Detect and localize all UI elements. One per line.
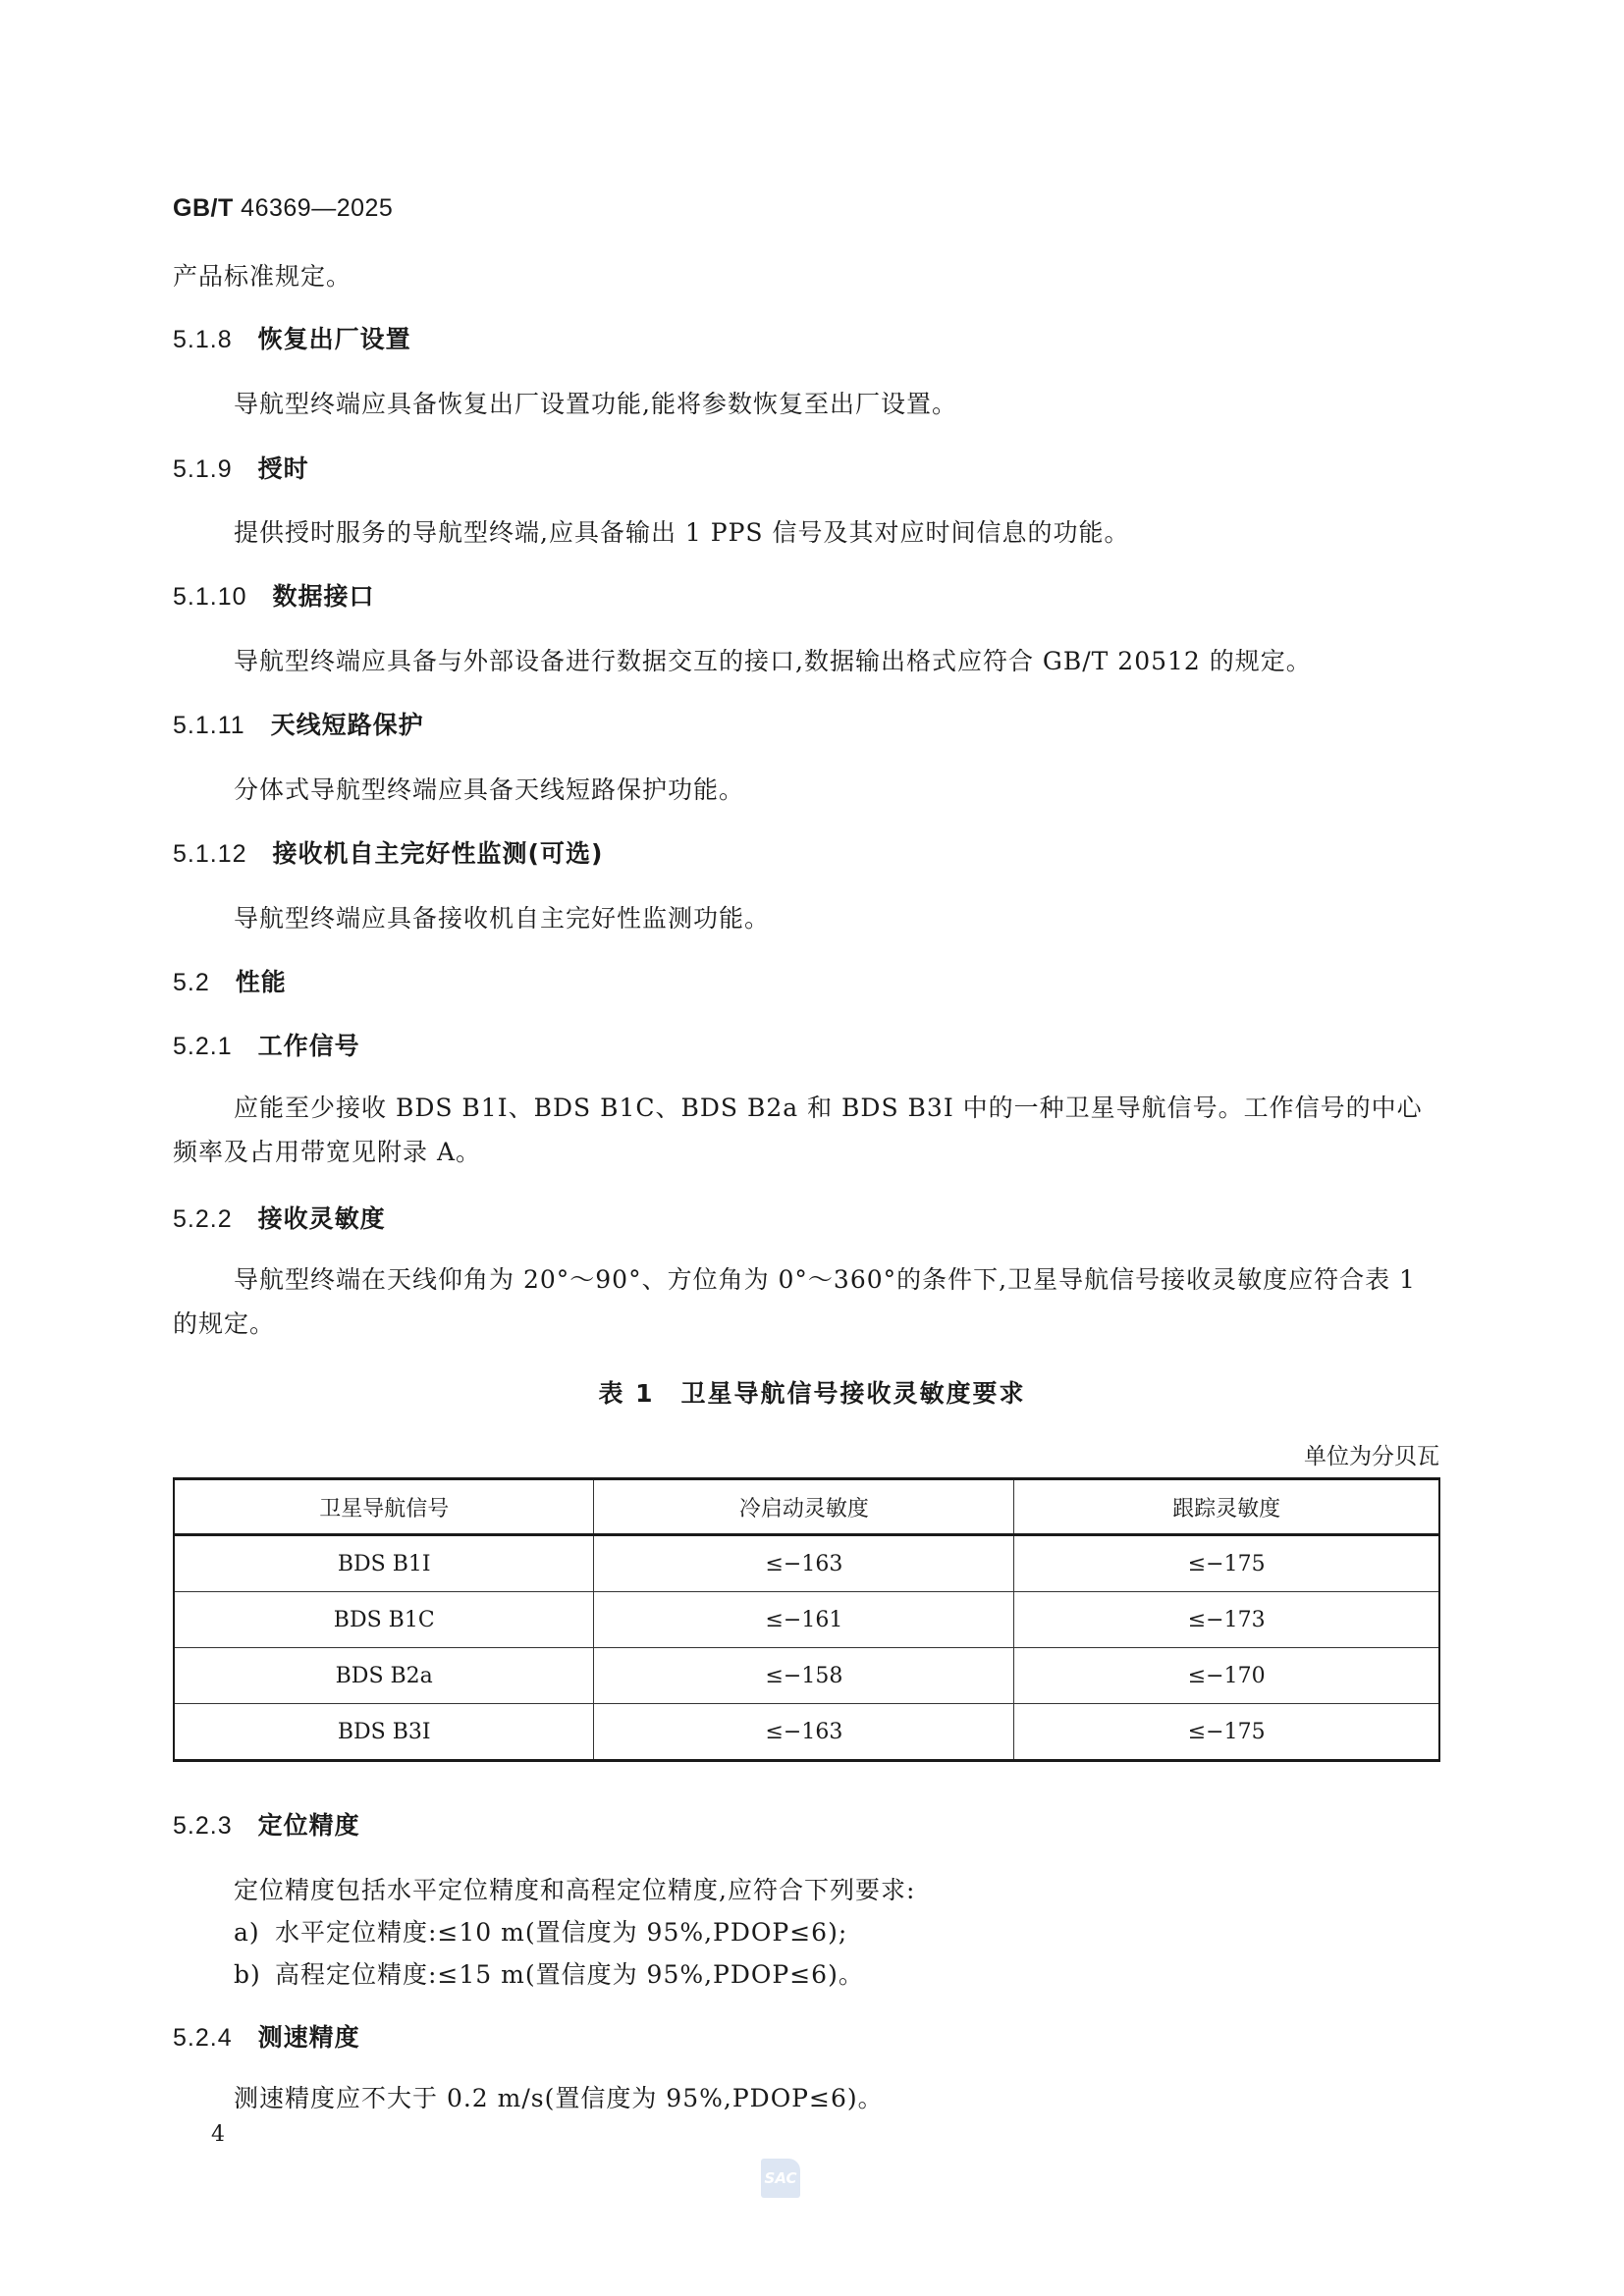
section-number: 5.1.9 (173, 455, 233, 484)
list-item-a: a)水平定位精度:≤10 m(置信度为 95%,PDOP≤6); (234, 1913, 847, 1949)
section-body-5-2-1: 应能至少接收 BDS B1I、BDS B1C、BDS B2a 和 BDS B3I… (173, 1086, 1439, 1174)
section-body-5-1-10: 导航型终端应具备与外部设备进行数据交互的接口,数据输出格式应符合 GB/T 20… (234, 642, 1312, 677)
section-heading-5-1-12: 5.1.12接收机自主完好性监测(可选) (173, 834, 603, 870)
section-title: 性能 (236, 968, 287, 996)
table-cell: ≤−170 (1014, 1648, 1439, 1704)
section-number: 5.1.11 (173, 712, 245, 740)
table-cell: ≤−173 (1014, 1592, 1439, 1648)
table-cell: BDS B2a (174, 1648, 594, 1704)
table-cell: BDS B1I (174, 1535, 594, 1592)
table-cell: ≤−163 (594, 1704, 1014, 1761)
table-cell: BDS B1C (174, 1592, 594, 1648)
section-heading-5-1-11: 5.1.11天线短路保护 (173, 706, 424, 741)
section-title: 恢复出厂设置 (258, 325, 411, 353)
table-cell: ≤−158 (594, 1648, 1014, 1704)
section-title: 接收机自主完好性监测(可选) (273, 839, 604, 868)
section-title: 授时 (258, 454, 309, 483)
section-heading-5-2-4: 5.2.4测速精度 (173, 2018, 360, 2054)
list-text: 水平定位精度:≤10 m(置信度为 95%,PDOP≤6); (275, 1918, 847, 1947)
section-body-5-1-11: 分体式导航型终端应具备天线短路保护功能。 (234, 771, 744, 806)
section-title: 数据接口 (273, 582, 375, 611)
table-title: 表 1 卫星导航信号接收灵敏度要求 (0, 1374, 1624, 1410)
table-cell: ≤−175 (1014, 1704, 1439, 1761)
section-heading-5-2-1: 5.2.1工作信号 (173, 1027, 360, 1062)
section-body-5-2-2: 导航型终端在天线仰角为 20°～90°、方位角为 0°～360°的条件下,卫星导… (173, 1257, 1439, 1346)
standard-number: 46369—2025 (241, 194, 393, 222)
sac-logo-icon: SAC (761, 2159, 800, 2198)
section-title: 天线短路保护 (271, 711, 424, 739)
section-heading-5-2-3: 5.2.3定位精度 (173, 1806, 360, 1842)
section-body-5-1-8: 导航型终端应具备恢复出厂设置功能,能将参数恢复至出厂设置。 (234, 385, 957, 420)
section-number: 5.2.4 (173, 2024, 233, 2053)
table-cell: ≤−161 (594, 1592, 1014, 1648)
section-body-5-2-4: 测速精度应不大于 0.2 m/s(置信度为 95%,PDOP≤6)。 (234, 2079, 884, 2114)
section-number: 5.1.12 (173, 840, 247, 869)
list-marker: a) (234, 1918, 269, 1947)
list-text: 高程定位精度:≤15 m(置信度为 95%,PDOP≤6)。 (275, 1960, 864, 1989)
section-number: 5.2 (173, 969, 210, 997)
standard-code: GB/T 46369—2025 (173, 194, 393, 223)
section-title: 工作信号 (258, 1032, 360, 1060)
intro-line: 产品标准规定。 (173, 257, 352, 293)
section-title: 测速精度 (258, 2023, 360, 2052)
section-heading-5-2-2: 5.2.2接收灵敏度 (173, 1200, 386, 1235)
table-row: BDS B1C ≤−161 ≤−173 (174, 1592, 1439, 1648)
section-title: 接收灵敏度 (258, 1204, 386, 1233)
section-number: 5.2.1 (173, 1033, 233, 1061)
section-heading-5-1-9: 5.1.9授时 (173, 450, 309, 485)
list-item-b: b)高程定位精度:≤15 m(置信度为 95%,PDOP≤6)。 (234, 1955, 864, 1991)
table-cell: BDS B3I (174, 1704, 594, 1761)
column-header-signal: 卫星导航信号 (174, 1479, 594, 1535)
table-row: BDS B1I ≤−163 ≤−175 (174, 1535, 1439, 1592)
section-heading-5-1-10: 5.1.10数据接口 (173, 577, 375, 613)
section-title: 定位精度 (258, 1811, 360, 1840)
list-marker: b) (234, 1960, 269, 1989)
table-row: BDS B2a ≤−158 ≤−170 (174, 1648, 1439, 1704)
table-header-row: 卫星导航信号 冷启动灵敏度 跟踪灵敏度 (174, 1479, 1439, 1535)
section-body-5-1-9: 提供授时服务的导航型终端,应具备输出 1 PPS 信号及其对应时间信息的功能。 (234, 513, 1129, 549)
table-cell: ≤−163 (594, 1535, 1014, 1592)
section-number: 5.2.3 (173, 1812, 233, 1841)
sensitivity-table: 卫星导航信号 冷启动灵敏度 跟踪灵敏度 BDS B1I ≤−163 ≤−175 … (173, 1477, 1440, 1762)
standard-prefix: GB/T (173, 194, 234, 222)
section-body-5-2-3: 定位精度包括水平定位精度和高程定位精度,应符合下列要求: (234, 1871, 915, 1906)
section-number: 5.1.8 (173, 326, 233, 354)
section-number: 5.1.10 (173, 583, 247, 612)
section-heading-5-1-8: 5.1.8恢复出厂设置 (173, 320, 411, 355)
section-body-5-1-12: 导航型终端应具备接收机自主完好性监测功能。 (234, 899, 770, 934)
column-header-cold-start: 冷启动灵敏度 (594, 1479, 1014, 1535)
table-row: BDS B3I ≤−163 ≤−175 (174, 1704, 1439, 1761)
table-unit: 单位为分贝瓦 (1304, 1438, 1439, 1470)
section-number: 5.2.2 (173, 1205, 233, 1234)
section-heading-5-2: 5.2性能 (173, 963, 287, 998)
page-number: 4 (211, 2122, 225, 2147)
table-cell: ≤−175 (1014, 1535, 1439, 1592)
column-header-tracking: 跟踪灵敏度 (1014, 1479, 1439, 1535)
